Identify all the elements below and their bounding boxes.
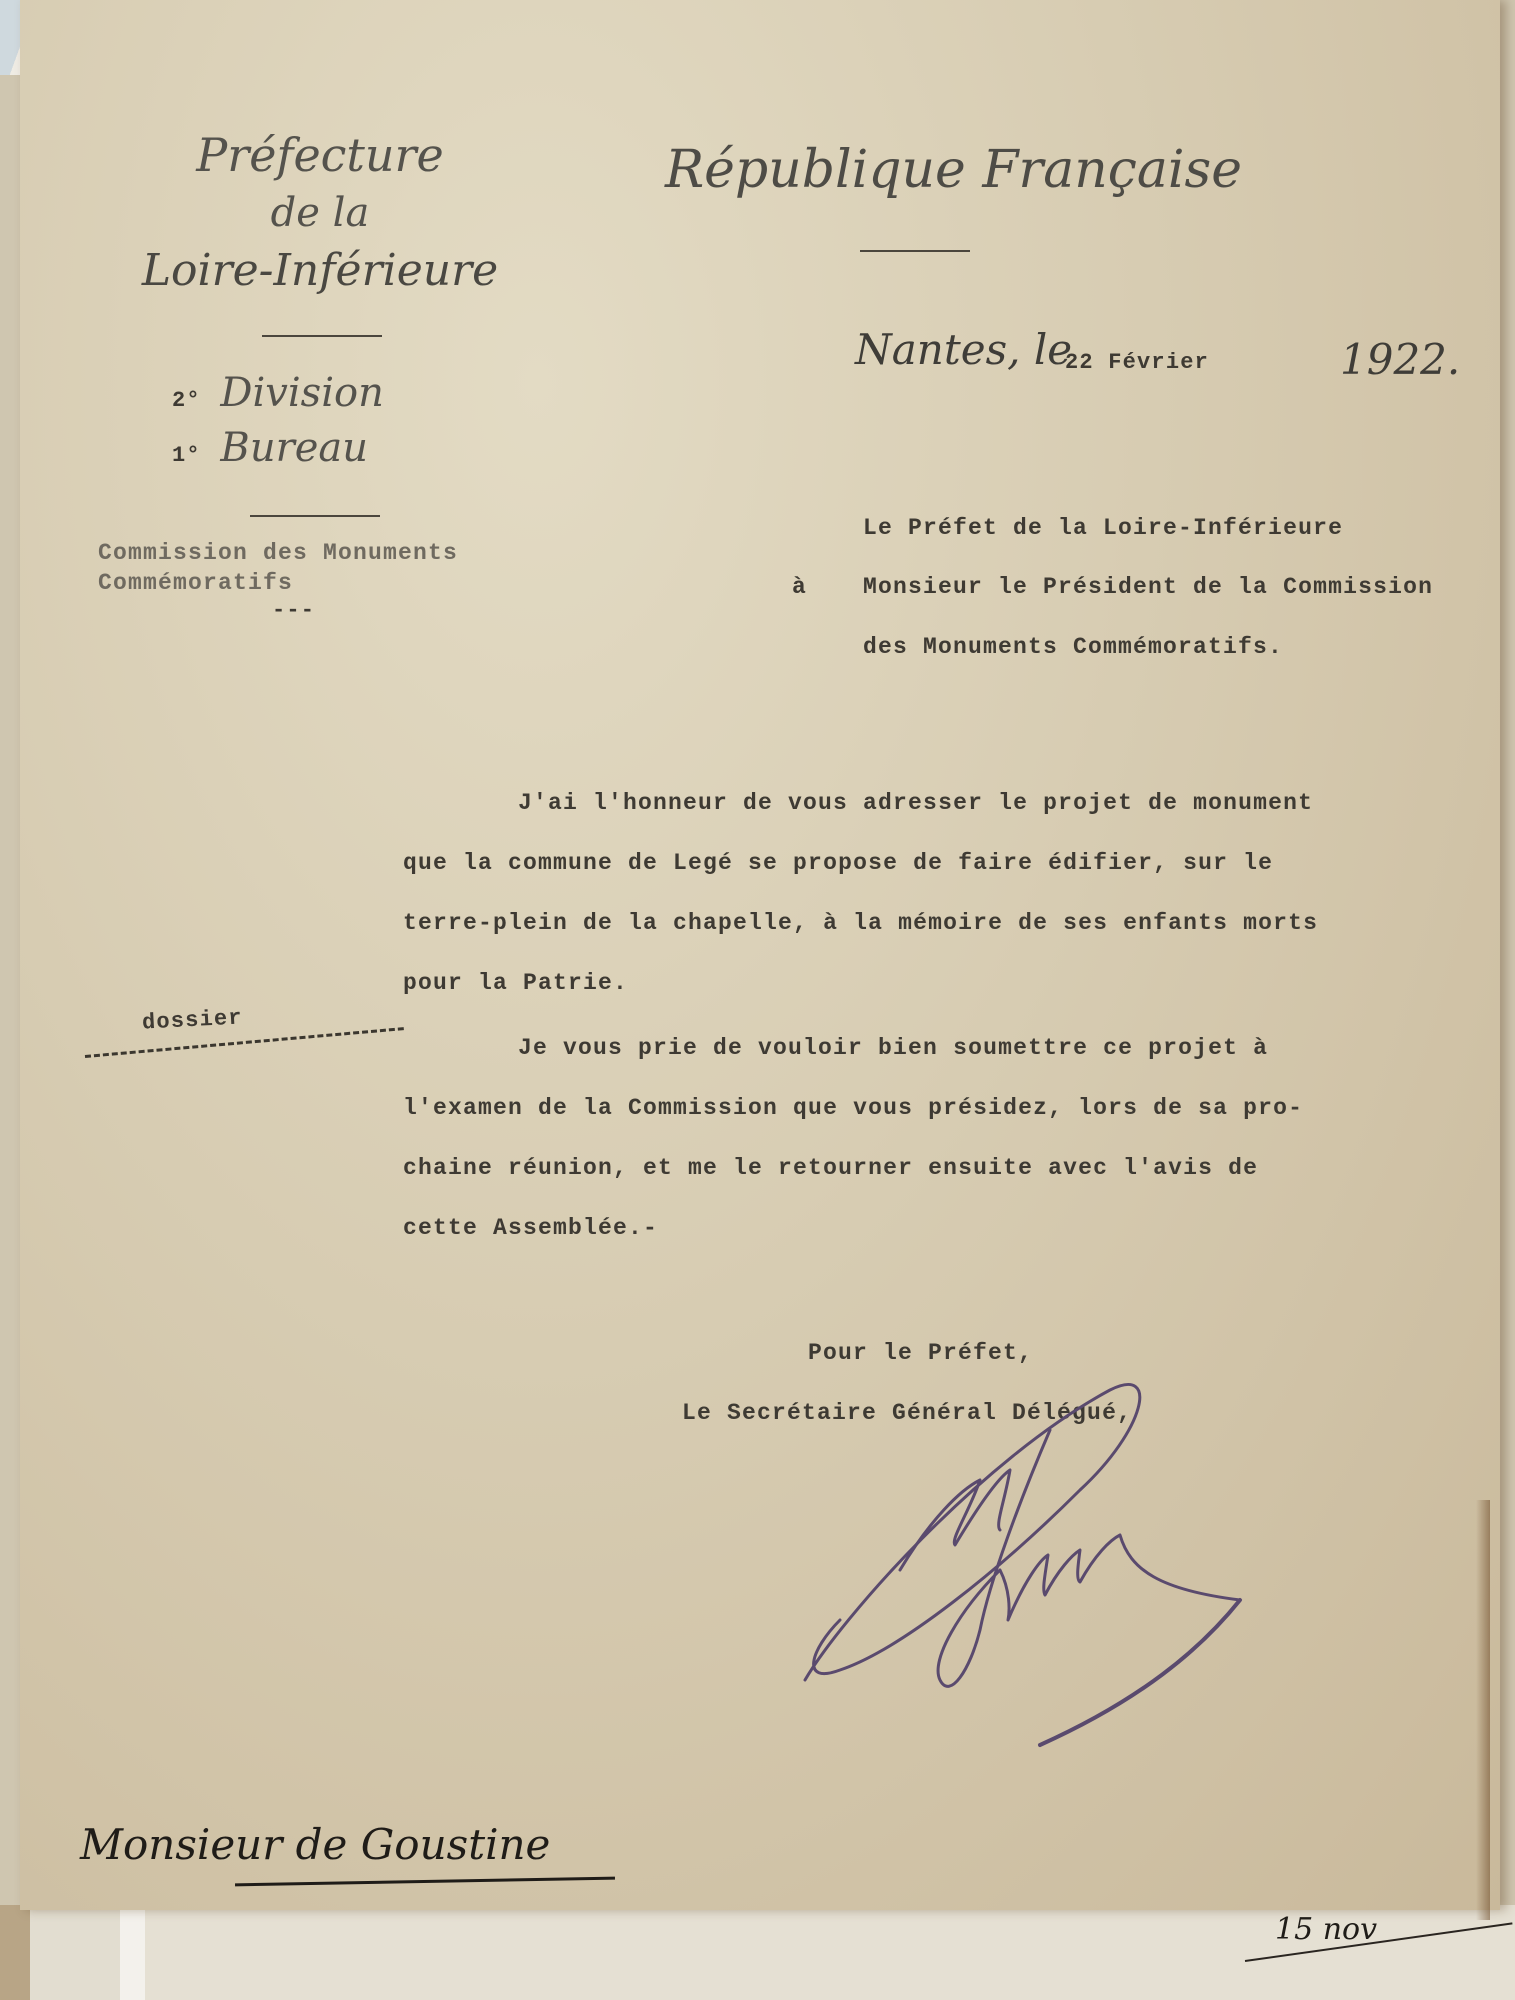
body-p1-line-1: J'ai l'honneur de vous adresser le proje… [518,790,1313,816]
handwritten-corner-note: 15 nov [1275,1912,1377,1947]
prefecture-department: Loire-Inférieure [100,245,540,296]
body-p2-line-2: l'examen de la Commission que vous prési… [403,1095,1303,1121]
bureau-label: Bureau [220,425,368,471]
republic-divider [860,250,970,258]
division-label: Division [220,370,383,416]
handwritten-addressee: Monsieur de Goustine [80,1820,550,1869]
margin-note-dossier: dossier [141,1005,243,1035]
subject-line-1: Commission des Monuments [98,540,458,566]
subject-mark: --- [272,598,315,623]
divider-squiggle [262,335,382,343]
republic-heading: République Française [665,140,1242,200]
body-p1-line-4: pour la Patrie. [403,970,628,996]
body-p2-line-3: chaine réunion, et me le retourner ensui… [403,1155,1258,1181]
signature-line-1: Pour le Préfet, [808,1340,1033,1366]
body-p2-line-1: Je vous prie de vouloir bien soumettre c… [518,1035,1268,1061]
divider-squiggle-2 [250,515,380,523]
sender-line: Le Préfet de la Loire-Inférieure [863,515,1343,541]
recipient-marker: à [792,574,807,600]
date-year: 1922. [1340,335,1460,384]
page-edge-shadow [1476,1500,1490,1920]
bureau-line: 1° Bureau [172,425,368,471]
bureau-number: 1° [172,443,201,468]
body-p2-line-4: cette Assemblée.- [403,1215,658,1241]
place-prefix: Nantes, le [855,325,1072,374]
prefecture-heading: Préfecture [120,128,520,182]
division-number: 2° [172,388,201,413]
body-p1-line-3: terre-plein de la chapelle, à la mémoire… [403,910,1318,936]
signature-icon [780,1370,1260,1750]
division-line: 2° Division [172,370,384,416]
recipient-line-2: des Monuments Commémoratifs. [863,634,1283,660]
date-typed: 22 Février [1065,350,1209,375]
subject-line-2: Commémoratifs [98,570,293,596]
recipient-line-1: Monsieur le Président de la Commission [863,574,1433,600]
prefecture-heading-de-la: de la [120,190,520,236]
body-p1-line-2: que la commune de Legé se propose de fai… [403,850,1273,876]
